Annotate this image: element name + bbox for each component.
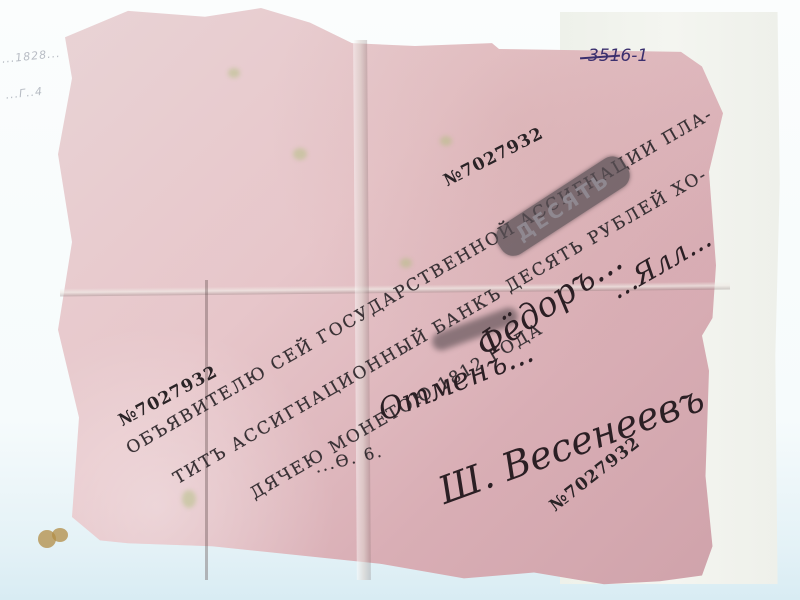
pencil-note-2: ...Г..4 bbox=[4, 72, 66, 114]
mold-spot bbox=[293, 148, 307, 160]
mold-spot bbox=[228, 68, 240, 78]
tear-line bbox=[205, 280, 208, 580]
pencil-note-1: ...1828... bbox=[0, 36, 62, 78]
mold-spot bbox=[182, 490, 196, 508]
rust-stain bbox=[38, 530, 56, 548]
mold-spot bbox=[440, 136, 452, 146]
pencil-notes: ...1828... ...Г..4 bbox=[0, 36, 66, 114]
mold-spot bbox=[400, 258, 412, 268]
catalog-number: 3516-1 bbox=[588, 46, 648, 66]
